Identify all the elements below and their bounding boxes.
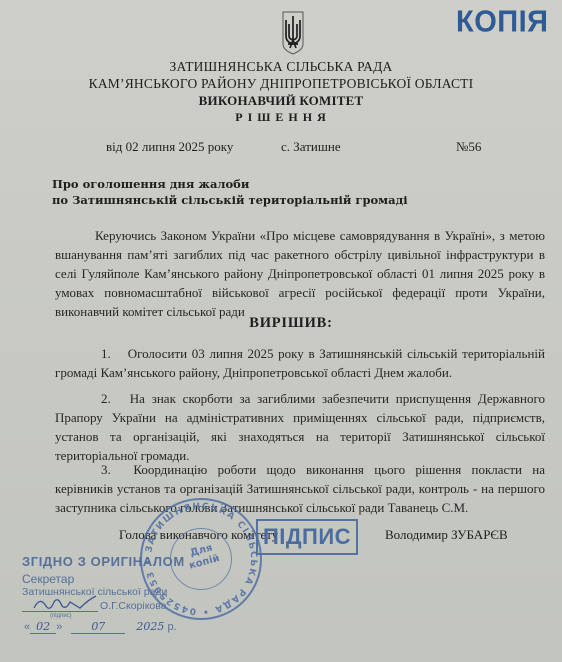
decision-item-3: 3. Координацію роботи щодо виконання цьо… bbox=[55, 460, 545, 517]
subject-line-1: Про оголошення дня жалоби bbox=[52, 177, 249, 191]
decision-date: від 02 липня 2025 року bbox=[106, 139, 233, 155]
council-name: ЗАТИШНЯНСЬКА СІЛЬСЬКА РАДА bbox=[0, 59, 562, 75]
subject-line-2: по Затишнянській сільській територіальні… bbox=[52, 193, 408, 207]
item-number: 3. bbox=[101, 460, 123, 479]
certification-month: 07 bbox=[71, 620, 125, 634]
decision-place: с. Затишне bbox=[281, 139, 341, 155]
signature-stamp: ПІДПИС bbox=[256, 519, 358, 555]
signatory-name: Володимир ЗУБАРЄВ bbox=[385, 527, 508, 543]
certifier-name: О.Г.Скорікова bbox=[100, 600, 167, 612]
year-suffix: р. bbox=[167, 621, 176, 633]
item-number: 1. bbox=[101, 344, 123, 363]
certification-year: 2025 bbox=[136, 620, 164, 633]
certification-day: 02 bbox=[30, 620, 56, 634]
decision-number: №56 bbox=[456, 139, 481, 155]
item-text: Оголосити 03 липня 2025 року в Затишнянс… bbox=[55, 346, 545, 380]
item-text: Координацію роботи щодо виконання цього … bbox=[55, 462, 545, 515]
item-text: На знак скорботи за загиблими забезпечит… bbox=[55, 391, 545, 463]
item-number: 2. bbox=[101, 389, 123, 408]
decision-item-2: 2. На знак скорботи за загиблими забезпе… bbox=[55, 389, 545, 465]
signature-hint: (підпис) bbox=[50, 613, 72, 619]
council-region: КАМ’ЯНСЬКОГО РАЙОНУ ДНІПРОПЕТРОВІСЬКОЇ О… bbox=[0, 76, 562, 92]
certifier-role: Секретар bbox=[22, 572, 74, 586]
certified-copy-title: ЗГІДНО З ОРИГІНАЛОМ bbox=[22, 554, 185, 569]
document-type: Р І Ш Е Н Н Я bbox=[0, 110, 562, 125]
decided-heading: ВИРІШИВ: bbox=[0, 315, 562, 332]
trident-coat-of-arms-icon bbox=[281, 10, 305, 56]
executive-committee: ВИКОНАВЧИЙ КОМІТЕТ bbox=[0, 93, 562, 109]
copy-stamp: КОПІЯ bbox=[456, 5, 549, 40]
preamble: Керуючись Законом України «Про місцеве с… bbox=[55, 226, 545, 321]
certification-date: «02» 07 2025 р. bbox=[24, 620, 177, 634]
decision-item-1: 1. Оголосити 03 липня 2025 року в Затишн… bbox=[55, 344, 545, 382]
